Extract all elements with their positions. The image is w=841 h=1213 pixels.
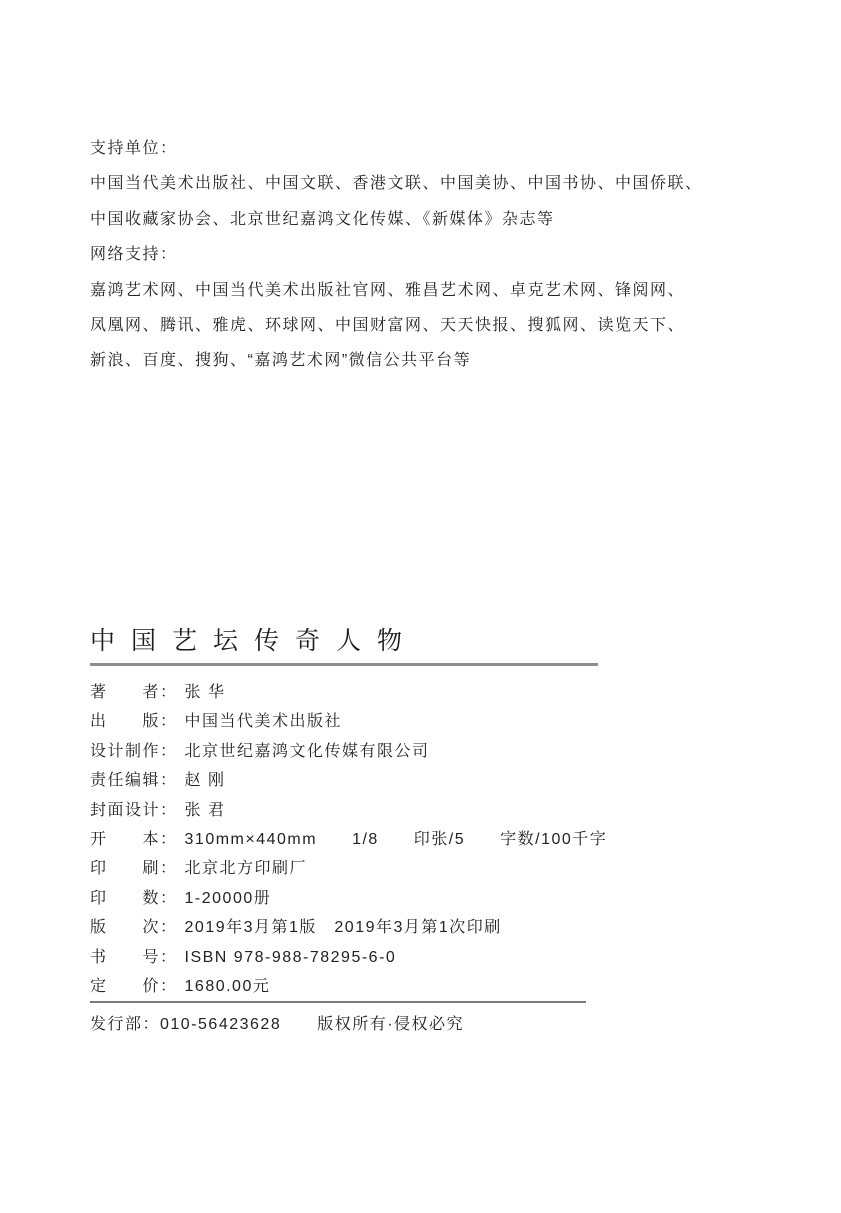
colophon-row-publisher: 出 版：中国当代美术出版社 [90, 707, 650, 736]
row-value: 310mm×440mm 1/8 印张/5 字数/100千字 [185, 831, 608, 848]
row-value: 赵 刚 [185, 772, 226, 789]
row-label: 书 号： [90, 943, 178, 972]
row-label: 著 者： [90, 678, 178, 707]
row-label: 责任编辑： [90, 766, 178, 795]
colophon-page: 支持单位： 中国当代美术出版社、中国文联、香港文联、中国美协、中国书协、中国侨联… [0, 0, 841, 1213]
colophon-row-format: 开 本：310mm×440mm 1/8 印张/5 字数/100千字 [90, 825, 650, 854]
row-value: 北京世纪嘉鸿文化传媒有限公司 [185, 743, 430, 760]
network-support-line-1: 嘉鸿艺术网、中国当代美术出版社官网、雅昌艺术网、卓克艺术网、锋阅网、 [90, 273, 780, 308]
row-value: 1-20000册 [185, 890, 272, 907]
network-support-line-3: 新浪、百度、搜狗、“嘉鸿艺术网”微信公共平台等 [90, 343, 780, 378]
supporters-section: 支持单位： 中国当代美术出版社、中国文联、香港文联、中国美协、中国书协、中国侨联… [90, 131, 780, 379]
colophon-row-price: 定 价：1680.00元 [90, 972, 650, 1001]
title-divider-line [90, 663, 598, 666]
distribution-line: 发行部：010-56423628版权所有·侵权必究 [90, 1015, 650, 1035]
colophon-row-edition: 版 次：2019年3月第1版 2019年3月第1次印刷 [90, 913, 650, 942]
colophon-row-isbn: 书 号：ISBN 978-988-78295-6-0 [90, 943, 650, 972]
row-value: 2019年3月第1版 2019年3月第1次印刷 [185, 919, 502, 936]
row-value: 1680.00元 [185, 978, 271, 995]
support-units-line-1: 中国当代美术出版社、中国文联、香港文联、中国美协、中国书协、中国侨联、 [90, 166, 780, 201]
footer-divider-line [90, 1001, 586, 1003]
network-support-heading: 网络支持： [90, 237, 780, 272]
network-support-line-2: 凤凰网、腾讯、雅虎、环球网、中国财富网、天天快报、搜狐网、读览天下、 [90, 308, 780, 343]
row-label: 定 价： [90, 972, 178, 1001]
colophon-row-managing-editor: 责任编辑：赵 刚 [90, 766, 650, 795]
distribution-phone: 发行部：010-56423628 [90, 1016, 281, 1033]
row-value: 张 华 [185, 684, 226, 701]
colophon-row-cover-designer: 封面设计：张 君 [90, 796, 650, 825]
colophon-section: 中国艺坛传奇人物 著 者：张 华 出 版：中国当代美术出版社 设计制作：北京世纪… [90, 627, 650, 1035]
copyright-notice: 版权所有·侵权必究 [317, 1016, 464, 1033]
row-value: 中国当代美术出版社 [185, 713, 343, 730]
row-label: 开 本： [90, 825, 178, 854]
row-label: 版 次： [90, 913, 178, 942]
row-label: 印 刷： [90, 854, 178, 883]
book-title: 中国艺坛传奇人物 [90, 627, 650, 655]
row-label: 设计制作： [90, 737, 178, 766]
colophon-rows: 著 者：张 华 出 版：中国当代美术出版社 设计制作：北京世纪嘉鸿文化传媒有限公… [90, 678, 650, 1001]
colophon-row-author: 著 者：张 华 [90, 678, 650, 707]
row-label: 出 版： [90, 707, 178, 736]
support-units-line-2: 中国收藏家协会、北京世纪嘉鸿文化传媒、《新媒体》杂志等 [90, 202, 780, 237]
row-label: 封面设计： [90, 796, 178, 825]
colophon-row-production: 设计制作：北京世纪嘉鸿文化传媒有限公司 [90, 737, 650, 766]
row-value: 张 君 [185, 802, 226, 819]
row-value: 北京北方印刷厂 [185, 860, 308, 877]
row-label: 印 数： [90, 884, 178, 913]
colophon-row-printer: 印 刷：北京北方印刷厂 [90, 854, 650, 883]
row-value: ISBN 978-988-78295-6-0 [185, 949, 397, 966]
support-units-heading: 支持单位： [90, 131, 780, 166]
colophon-row-print-run: 印 数：1-20000册 [90, 884, 650, 913]
